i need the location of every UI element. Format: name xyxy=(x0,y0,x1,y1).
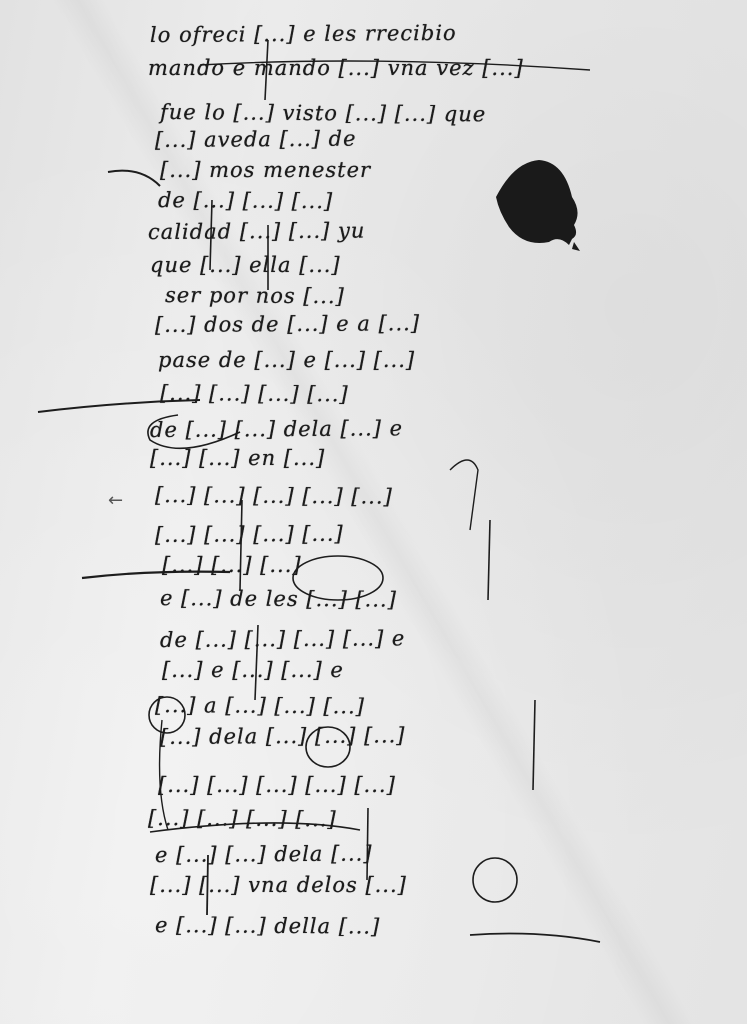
handwritten-line: [...] a [...] [...] [...] xyxy=(155,693,365,718)
handwritten-line: [...] [...] [...] xyxy=(162,553,302,577)
handwritten-line: lo ofreci [...] e les rrecibio xyxy=(150,21,457,47)
handwritten-line: [...] [...] [...] [...] xyxy=(160,381,349,406)
handwritten-line: de [...] [...] [...] xyxy=(158,188,333,213)
handwritten-line: [...] [...] [...] [...] xyxy=(155,522,344,547)
handwritten-line: [...] [...] [...] [...] [...] xyxy=(155,483,393,509)
pen-flourishes xyxy=(0,0,747,1024)
handwritten-line: mando e mando [...] vna vez [...] xyxy=(148,56,524,80)
handwritten-line: de [...] [...] dela [...] e xyxy=(150,416,403,442)
handwritten-line: de [...] [...] [...] [...] e xyxy=(160,626,405,652)
handwritten-line: [...] mos menester xyxy=(160,158,371,182)
handwritten-line: e [...] de les [...] [...] xyxy=(160,586,397,612)
handwritten-line: e [...] [...] della [...] xyxy=(155,913,380,939)
handwritten-line: fue lo [...] visto [...] [...] que xyxy=(160,100,486,126)
handwritten-line: [...] [...] [...] [...] xyxy=(148,806,337,831)
handwritten-line: [...] dela [...] [...] [...] xyxy=(160,723,406,749)
handwritten-line: e [...] [...] dela [...] xyxy=(155,841,373,867)
handwritten-line: [...] [...] en [...] xyxy=(150,446,325,470)
ink-blot xyxy=(494,157,584,252)
handwritten-line: [...] dos de [...] e a [...] xyxy=(155,311,420,337)
handwritten-line: ser por nos [...] xyxy=(165,283,345,308)
handwritten-line: calidad [...] [...] yu xyxy=(148,218,366,244)
handwritten-line: que [...] ella [...] xyxy=(150,253,341,277)
handwritten-line: [...] [...] vna delos [...] xyxy=(150,873,407,897)
handwritten-line: pase de [...] e [...] [...] xyxy=(158,348,415,372)
arrow-left-icon: ← xyxy=(108,490,123,511)
handwritten-line: [...] e [...] [...] e xyxy=(162,658,344,682)
handwritten-line: [...] [...] [...] [...] [...] xyxy=(158,773,396,797)
handwritten-line: [...] aveda [...] de xyxy=(155,127,357,152)
